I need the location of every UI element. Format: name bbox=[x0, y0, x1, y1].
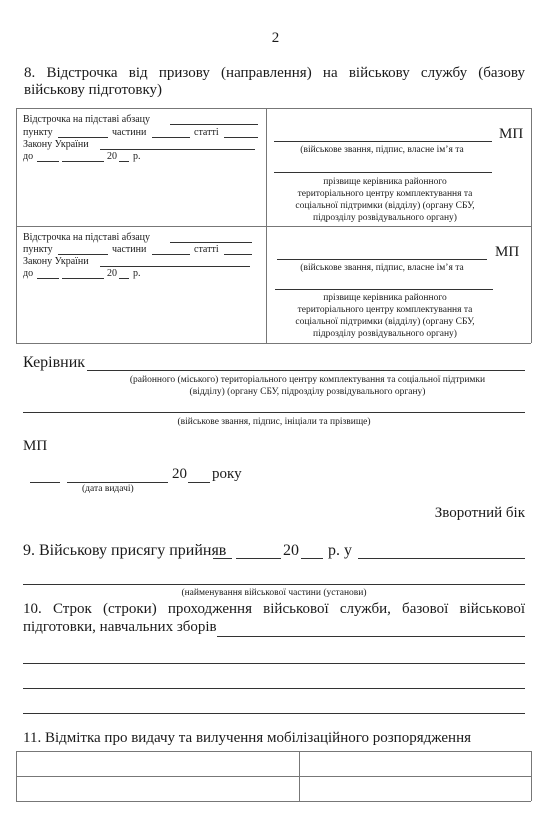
name-caption-2: територіального центру комплектування та bbox=[260, 304, 510, 316]
section10-line2: підготовки, навчальних зборів bbox=[23, 619, 217, 636]
name-caption-4: підрозділу розвідувального органу) bbox=[260, 328, 510, 340]
service-term-field-2[interactable] bbox=[23, 663, 525, 664]
table2-cell[interactable] bbox=[300, 777, 531, 801]
until-label: до bbox=[23, 268, 33, 280]
name-caption-4: підрозділу розвідувального органу) bbox=[260, 212, 510, 224]
item-label: пункту bbox=[23, 127, 53, 139]
head-caption-2: (відділу) (органу СБУ, підрозділу розвід… bbox=[90, 387, 525, 398]
article-field[interactable] bbox=[224, 137, 258, 138]
part-field[interactable] bbox=[152, 254, 190, 255]
until-day-field[interactable] bbox=[37, 161, 59, 162]
section9-label: 9. Військову присягу прийняв bbox=[23, 542, 226, 560]
paragraph-field[interactable] bbox=[170, 124, 258, 125]
article-label: статті bbox=[194, 127, 219, 139]
service-term-field-4[interactable] bbox=[23, 713, 525, 714]
page-number: 2 bbox=[0, 30, 551, 47]
oath-day-field[interactable] bbox=[213, 558, 232, 559]
year-abbrev: р. bbox=[133, 151, 141, 163]
article-label: статті bbox=[194, 244, 219, 256]
table-border-right bbox=[531, 108, 532, 343]
table2-border-bottom bbox=[16, 801, 531, 802]
military-unit-caption: (найменування військової частини (устано… bbox=[23, 588, 525, 599]
signature-field[interactable] bbox=[274, 141, 492, 142]
signature-field[interactable] bbox=[277, 259, 487, 260]
until-year-prefix: 20 bbox=[107, 151, 117, 163]
head-stamp-label: МП bbox=[23, 438, 47, 455]
table2-cell[interactable] bbox=[17, 777, 299, 801]
name-field[interactable] bbox=[274, 172, 492, 173]
reverse-side-label: Зворотний бік bbox=[435, 505, 525, 522]
section8-title-line1: 8. Відстрочка від призову (направлення) … bbox=[24, 65, 525, 82]
issue-date-suffix: року bbox=[212, 466, 242, 483]
section8-title-line2: військову підготовку) bbox=[24, 82, 162, 99]
part-label: частини bbox=[112, 127, 146, 139]
oath-month-field[interactable] bbox=[236, 558, 281, 559]
until-year-prefix: 20 bbox=[107, 268, 117, 280]
name-caption: прізвище керівника районного bbox=[260, 176, 510, 188]
military-unit-field[interactable] bbox=[23, 584, 525, 585]
until-label: до bbox=[23, 151, 33, 163]
head-caption-3: (військове звання, підпис, ініціали та п… bbox=[23, 417, 525, 428]
until-month-field[interactable] bbox=[62, 278, 104, 279]
oath-year-field[interactable] bbox=[301, 558, 323, 559]
law-field[interactable] bbox=[100, 266, 250, 267]
issue-year-prefix: 20 bbox=[172, 466, 187, 483]
section10-line1: 10. Строк (строки) проходження військово… bbox=[23, 601, 525, 618]
name-caption: прізвище керівника районного bbox=[260, 292, 510, 304]
item-field[interactable] bbox=[58, 254, 108, 255]
until-day-field[interactable] bbox=[37, 278, 59, 279]
service-term-field-1[interactable] bbox=[217, 636, 525, 637]
table-border-middle bbox=[16, 226, 531, 227]
head-field[interactable] bbox=[87, 370, 525, 371]
part-field[interactable] bbox=[152, 137, 190, 138]
article-field[interactable] bbox=[224, 254, 252, 255]
item-field[interactable] bbox=[58, 137, 108, 138]
table-border-bottom bbox=[16, 343, 531, 344]
stamp-label: МП bbox=[499, 126, 523, 143]
until-year-field[interactable] bbox=[119, 161, 129, 162]
law-field[interactable] bbox=[100, 149, 255, 150]
head-signature-field[interactable] bbox=[23, 412, 525, 413]
issue-day-field[interactable] bbox=[30, 482, 60, 483]
item-label: пункту bbox=[23, 244, 53, 256]
oath-place-field[interactable] bbox=[358, 558, 525, 559]
issue-date-caption: (дата видачі) bbox=[82, 484, 134, 495]
table2-cell[interactable] bbox=[17, 752, 299, 776]
signature-caption: (військове звання, підпис, власне ім’я т… bbox=[272, 262, 492, 274]
year-abbrev: р. bbox=[133, 268, 141, 280]
issue-year-field[interactable] bbox=[188, 482, 210, 483]
name-caption-3: соціальної підтримки (відділу) (органу С… bbox=[260, 316, 510, 328]
service-term-field-3[interactable] bbox=[23, 688, 525, 689]
table-border-left bbox=[16, 108, 17, 343]
deferral-basis-label: Відстрочка на підставі абзацу bbox=[23, 114, 150, 126]
paragraph-field[interactable] bbox=[170, 242, 252, 243]
head-label: Керівник bbox=[23, 354, 85, 372]
stamp-label: МП bbox=[495, 244, 519, 261]
law-label: Закону України bbox=[23, 256, 89, 268]
oath-year-prefix: 20 bbox=[283, 542, 299, 560]
part-label: частини bbox=[112, 244, 146, 256]
deferral-basis-label: Відстрочка на підставі абзацу bbox=[23, 232, 150, 244]
table2-border-right bbox=[531, 751, 532, 801]
until-year-field[interactable] bbox=[119, 278, 129, 279]
signature-caption: (військове звання, підпис, власне ім’я т… bbox=[272, 144, 492, 156]
head-caption-1: (районного (міського) територіального це… bbox=[90, 375, 525, 386]
law-label: Закону України bbox=[23, 139, 89, 151]
name-caption-2: територіального центру комплектування та bbox=[260, 188, 510, 200]
table2-cell[interactable] bbox=[300, 752, 531, 776]
oath-place-prefix: р. у bbox=[328, 542, 352, 560]
table-border-top bbox=[16, 108, 531, 109]
until-month-field[interactable] bbox=[62, 161, 104, 162]
issue-month-field[interactable] bbox=[67, 482, 168, 483]
name-caption-3: соціальної підтримки (відділу) (органу С… bbox=[260, 200, 510, 212]
name-field[interactable] bbox=[275, 289, 493, 290]
section11-title: 11. Відмітка про видачу та вилучення моб… bbox=[23, 730, 471, 747]
